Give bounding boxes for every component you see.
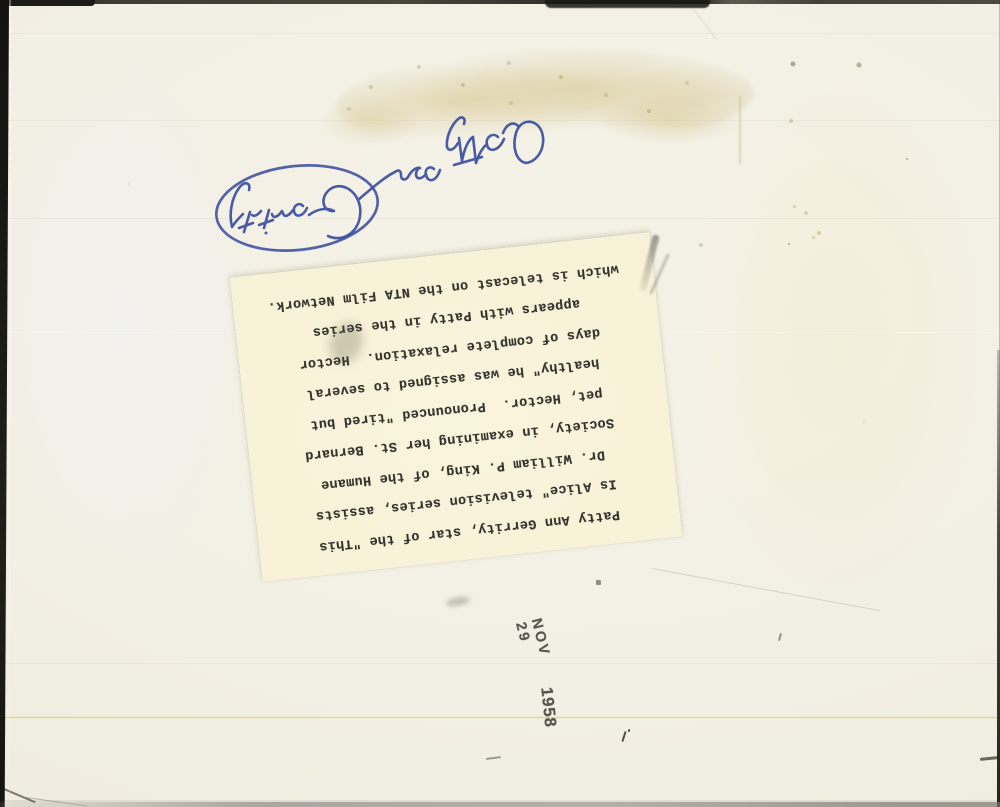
speck [812, 236, 815, 239]
scan-edge-bottom-shadow [0, 800, 1000, 802]
signature-circle [212, 158, 382, 258]
date-stamp-month-day: NOV 29 [512, 617, 558, 685]
speck [788, 243, 790, 245]
scan-edge-top [0, 0, 1000, 4]
photo-back-scan: Patty Ann Gerrity, star of the "This Is … [0, 0, 1000, 807]
signature-ink: Patty Ann Gerrity [210, 110, 550, 260]
stain-drip [739, 96, 741, 164]
signature-strokes [231, 117, 543, 238]
ink-mark [778, 633, 782, 641]
signature-patty-ann-gerrity: Patty Ann Gerrity [210, 110, 550, 260]
crease-line [652, 568, 880, 611]
scan-edge-top-bulge [545, 0, 710, 8]
scan-edge-bottom [0, 802, 1000, 807]
stain-lobe [598, 92, 763, 150]
speck [793, 205, 796, 208]
date-stamp: NOV 29 1958 [516, 618, 566, 731]
crease-mark [4, 788, 36, 803]
scan-edge-left [0, 0, 9, 807]
paper-tone-warm [640, 60, 1000, 760]
speck [906, 158, 908, 160]
paper-line [0, 33, 1000, 34]
speck [863, 420, 865, 422]
date-stamp-year: 1958 [537, 686, 560, 728]
gray-smudge [445, 595, 470, 608]
pencil-dash [980, 756, 998, 761]
ink-mark [621, 731, 626, 742]
yellow-scan-line [0, 717, 1000, 718]
speck [128, 183, 130, 185]
paper-line [0, 663, 1000, 664]
scan-edge-left-highlight [9, 0, 11, 807]
pencil-dash [486, 756, 501, 760]
stain-speckles [400, 80, 402, 82]
typed-caption-label: Patty Ann Gerrity, star of the "This Is … [230, 232, 683, 582]
ink-speck [596, 580, 601, 585]
ink-mark [628, 729, 630, 732]
scan-edge-top-left [0, 0, 95, 6]
